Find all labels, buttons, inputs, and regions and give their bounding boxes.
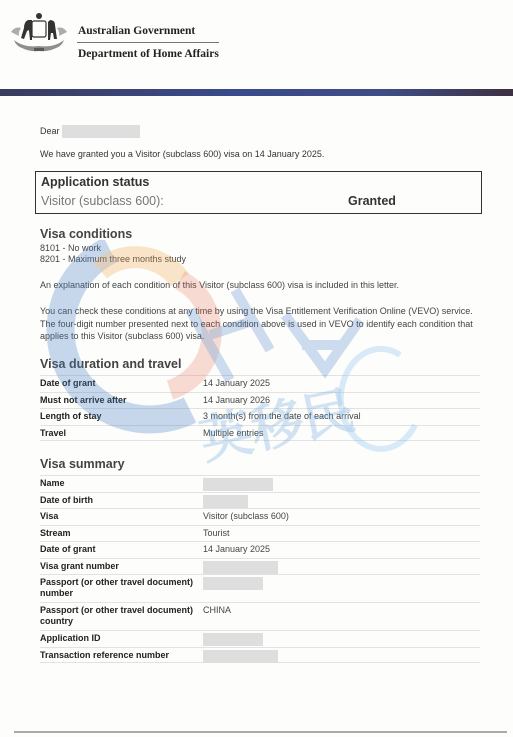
row-label: Name xyxy=(40,478,200,489)
table-row: Name xyxy=(40,475,480,492)
row-label: Length of stay xyxy=(40,411,200,422)
row-label: Must not arrive after xyxy=(40,395,200,406)
row-value: 3 month(s) from the date of each arrival xyxy=(203,411,361,422)
row-value xyxy=(203,633,263,646)
row-label: Visa xyxy=(40,511,200,522)
row-value xyxy=(203,650,278,663)
header-banner-bar xyxy=(0,89,513,96)
table-row: Date of grant 14 January 2025 xyxy=(40,541,480,558)
redacted-value xyxy=(203,561,278,574)
australian-coat-of-arms-icon xyxy=(6,10,72,62)
salutation: Dear xyxy=(40,125,140,138)
row-value: Multiple entries xyxy=(203,428,264,439)
redacted-value xyxy=(203,478,273,491)
row-label: Date of birth xyxy=(40,495,200,506)
salutation-text: Dear xyxy=(40,126,60,136)
application-status-value: Granted xyxy=(348,194,396,208)
condition-item: 8201 - Maximum three months study xyxy=(40,254,186,265)
row-value xyxy=(203,478,273,491)
row-value: 14 January 2025 xyxy=(203,544,270,555)
row-label: Passport (or other travel document) numb… xyxy=(40,577,200,599)
table-row: Stream Tourist xyxy=(40,525,480,542)
government-name: Australian Government xyxy=(78,25,195,37)
table-row: Must not arrive after 14 January 2026 xyxy=(40,392,480,409)
redacted-value xyxy=(203,650,278,663)
table-row: Date of birth xyxy=(40,492,480,509)
row-value: Tourist xyxy=(203,528,230,539)
table-row: Passport (or other travel document) numb… xyxy=(40,574,480,602)
redacted-value xyxy=(203,577,263,590)
row-label: Date of grant xyxy=(40,378,200,389)
row-value: CHINA xyxy=(203,605,231,616)
table-row: Visa Visitor (subclass 600) xyxy=(40,508,480,525)
visa-duration-heading: Visa duration and travel xyxy=(40,357,181,371)
application-status-label: Visitor (subclass 600): xyxy=(41,194,164,208)
letterhead: Australian Government Department of Home… xyxy=(0,0,513,90)
row-label: Stream xyxy=(40,528,200,539)
department-name: Department of Home Affairs xyxy=(78,48,219,60)
row-value xyxy=(203,495,248,508)
redacted-value xyxy=(203,495,248,508)
visa-conditions-heading: Visa conditions xyxy=(40,227,132,241)
table-row: Date of grant 14 January 2025 xyxy=(40,375,480,392)
redacted-name xyxy=(62,125,140,138)
conditions-explanation: An explanation of each condition of this… xyxy=(40,279,480,292)
table-row: Passport (or other travel document) coun… xyxy=(40,602,480,630)
table-row: Length of stay 3 month(s) from the date … xyxy=(40,408,480,425)
row-value xyxy=(203,561,278,574)
visa-summary-table: Name Date of birth Visa Visitor (subclas… xyxy=(40,475,480,663)
header-divider xyxy=(77,42,219,43)
application-status-box: Application status Visitor (subclass 600… xyxy=(35,171,482,214)
condition-item: 8101 - No work xyxy=(40,243,101,254)
table-row: Visa grant number xyxy=(40,558,480,575)
visa-summary-heading: Visa summary xyxy=(40,457,125,471)
grant-sentence: We have granted you a Visitor (subclass … xyxy=(40,149,324,159)
row-label: Visa grant number xyxy=(40,561,200,572)
row-label: Date of grant xyxy=(40,544,200,555)
row-label: Application ID xyxy=(40,633,200,644)
vevo-paragraph: You can check these conditions at any ti… xyxy=(40,305,480,343)
visa-duration-table: Date of grant 14 January 2025 Must not a… xyxy=(40,375,480,441)
row-value: 14 January 2025 xyxy=(203,378,270,389)
table-row: Transaction reference number xyxy=(40,647,480,664)
row-label: Transaction reference number xyxy=(40,650,200,661)
footer-divider xyxy=(14,731,507,733)
row-value: Visitor (subclass 600) xyxy=(203,511,289,522)
row-value: 14 January 2026 xyxy=(203,395,270,406)
table-row: Travel Multiple entries xyxy=(40,425,480,442)
application-status-title: Application status xyxy=(41,175,149,189)
row-label: Travel xyxy=(40,428,200,439)
row-label: Passport (or other travel document) coun… xyxy=(40,605,200,627)
row-value xyxy=(203,577,263,590)
redacted-value xyxy=(203,633,263,646)
table-row: Application ID xyxy=(40,630,480,647)
